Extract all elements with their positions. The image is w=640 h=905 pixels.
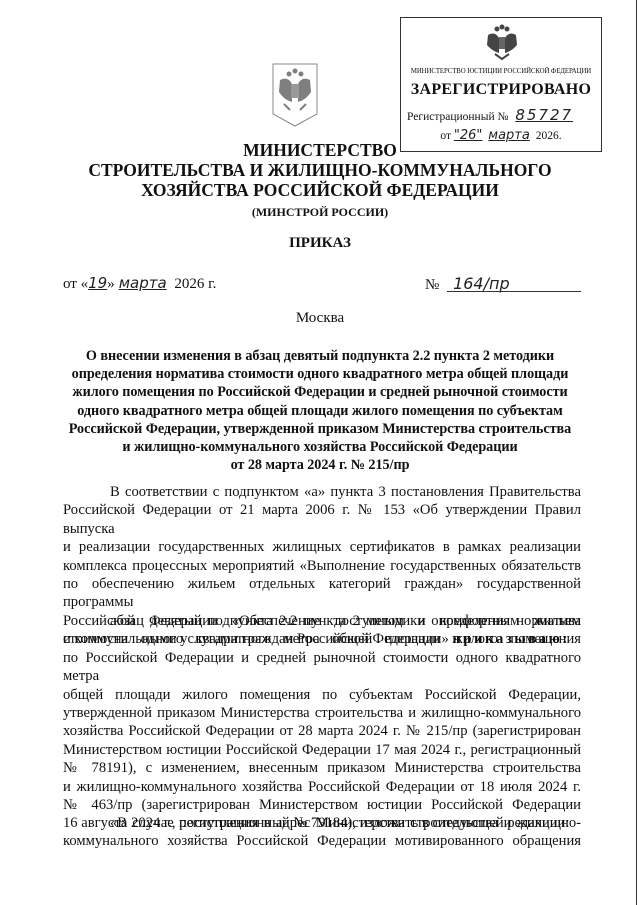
stamp-emblem-icon [483,23,521,61]
scan-border-line [636,0,637,905]
text-line: № 463/пр (зарегистрирован Министерством … [63,796,581,814]
text-line: по обеспечению жильем отдельных категори… [63,575,581,612]
text-line: коммунального хозяйства Российской Федер… [63,832,581,850]
text-line: утвержденной приказом Министерства строи… [63,704,581,722]
ministry-short-name: (МИНСТРОЙ РОССИИ) [0,205,640,220]
registration-stamp: МИНИСТЕРСТВО ЮСТИЦИИ РОССИЙСКОЙ ФЕДЕРАЦИ… [400,17,602,152]
text-line: комплекса процессных мероприятий «Выполн… [63,557,581,575]
stamp-ministry-name: МИНИСТЕРСТВО ЮСТИЦИИ РОССИЙСКОЙ ФЕДЕРАЦИ… [406,67,596,75]
order-date-month: марта [115,274,171,292]
text-line: Российской Федерации от 21 марта 2006 г.… [63,501,581,538]
ministry-title-line2: СТРОИТЕЛЬСТВА И ЖИЛИЩНО-КОММУНАЛЬНОГО [0,160,640,180]
new-wording-paragraph: «В случае поступления в адрес Министерст… [63,814,581,851]
text-line: стоимости одного квадратного метра общей… [63,630,581,648]
order-date-prefix: от « [63,276,88,292]
order-title: О внесении изменения в абзац девятый под… [50,347,590,474]
order-number: № 164/пр [425,274,581,294]
coat-of-arms-icon [270,62,320,128]
title-line: Российской Федерации, утвержденной прика… [50,420,590,438]
stamp-status: ЗАРЕГИСТРИРОВАНО [401,81,601,99]
document-page: МИНИСТЕРСТВО ЮСТИЦИИ РОССИЙСКОЙ ФЕДЕРАЦИ… [0,0,640,905]
ministry-title-line1: МИНИСТЕРСТВО [0,140,640,160]
stamp-reg-number: 85727 [515,106,573,124]
order-date-year: 2026 г. [174,276,216,292]
text-line: В соответствии с подпунктом «а» пункта 3… [63,483,581,501]
title-line: О внесении изменения в абзац девятый под… [50,347,590,365]
ministry-title-line3: ХОЗЯЙСТВА РОССИЙСКОЙ ФЕДЕРАЦИИ [0,180,640,200]
order-date-day: 19 [88,274,107,292]
stamp-reg-number-line: Регистрационный № 85727 [407,106,595,124]
text-line: абзац девятый подпункта 2.2 пункта 2 мет… [63,612,581,630]
order-number-underline [447,291,581,292]
text-line: и жилищно-коммунального хозяйства Россий… [63,778,581,796]
text-line: хозяйства Российской Федерации от 28 мар… [63,722,581,740]
city: Москва [0,310,640,327]
stamp-reg-label: Регистрационный № [407,111,508,123]
amendment-paragraph: абзац девятый подпункта 2.2 пункта 2 мет… [63,612,581,833]
title-line: определения норматива стоимости одного к… [50,365,590,383]
text-line: по Российской Федерации и средней рыночн… [63,649,581,686]
order-date-quote: » [107,276,115,292]
title-line: жилого помещения по Российской Федерации… [50,383,590,401]
title-line: от 28 марта 2024 г. № 215/пр [50,456,590,474]
order-number-label: № [425,277,439,293]
title-line: и жилищно-коммунального хозяйства Россий… [50,438,590,456]
text-line: «В случае поступления в адрес Министерст… [63,814,581,832]
text-line: и реализации государственных жилищных се… [63,538,581,556]
text-line: Министерством юстиции Российской Федерац… [63,741,581,759]
title-line: одного квадратного метра общей площади ж… [50,402,590,420]
text-line: № 78191), с изменением, внесенным приказ… [63,759,581,777]
order-date: от «19»марта 2026 г. [63,274,216,293]
text-line: общей площади жилого помещения по субъек… [63,686,581,704]
document-type: ПРИКАЗ [0,235,640,252]
